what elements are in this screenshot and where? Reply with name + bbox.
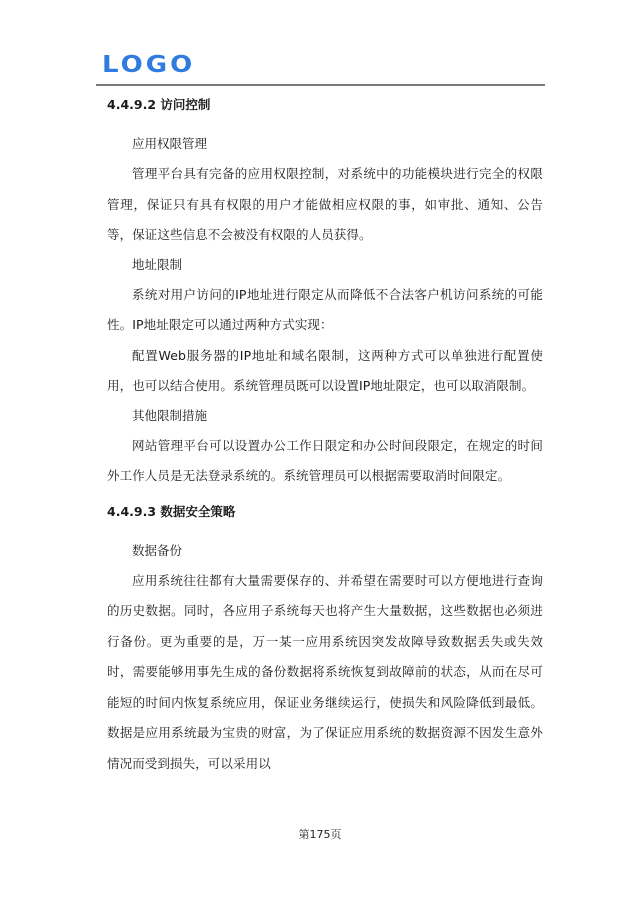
subheading-data-backup: 数据备份 (107, 541, 543, 561)
subheading-other-restrictions: 其他限制措施 (107, 406, 543, 426)
page-number: 第175页 (0, 826, 640, 842)
paragraph: 系统对用户访问的IP地址进行限定从而降低不合法客户机访问系统的可能性。IP地址限… (107, 280, 543, 341)
paragraph: 应用系统往往都有大量需要保存的、并希望在需要时可以方便地进行查询的历史数据。同时… (107, 566, 543, 780)
logo: LOGO (102, 52, 195, 79)
subheading-address-restriction: 地址限制 (107, 255, 543, 275)
document-body: 4.4.9.2 访问控制 应用权限管理 管理平台具有完备的应用权限控制，对系统中… (107, 90, 543, 779)
paragraph: 配置Web服务器的IP地址和域名限制，这两种方式可以单独进行配置使用，也可以结合… (107, 341, 543, 402)
section-heading-access-control: 4.4.9.2 访问控制 (107, 95, 543, 115)
section-heading-data-security: 4.4.9.3 数据安全策略 (107, 502, 543, 522)
header-divider (96, 84, 545, 86)
paragraph: 管理平台具有完备的应用权限控制，对系统中的功能模块进行完全的权限管理，保证只有具… (107, 159, 543, 251)
subheading-app-permission: 应用权限管理 (107, 134, 543, 154)
paragraph: 网站管理平台可以设置办公工作日限定和办公时间段限定，在规定的时间外工作人员是无法… (107, 431, 543, 492)
